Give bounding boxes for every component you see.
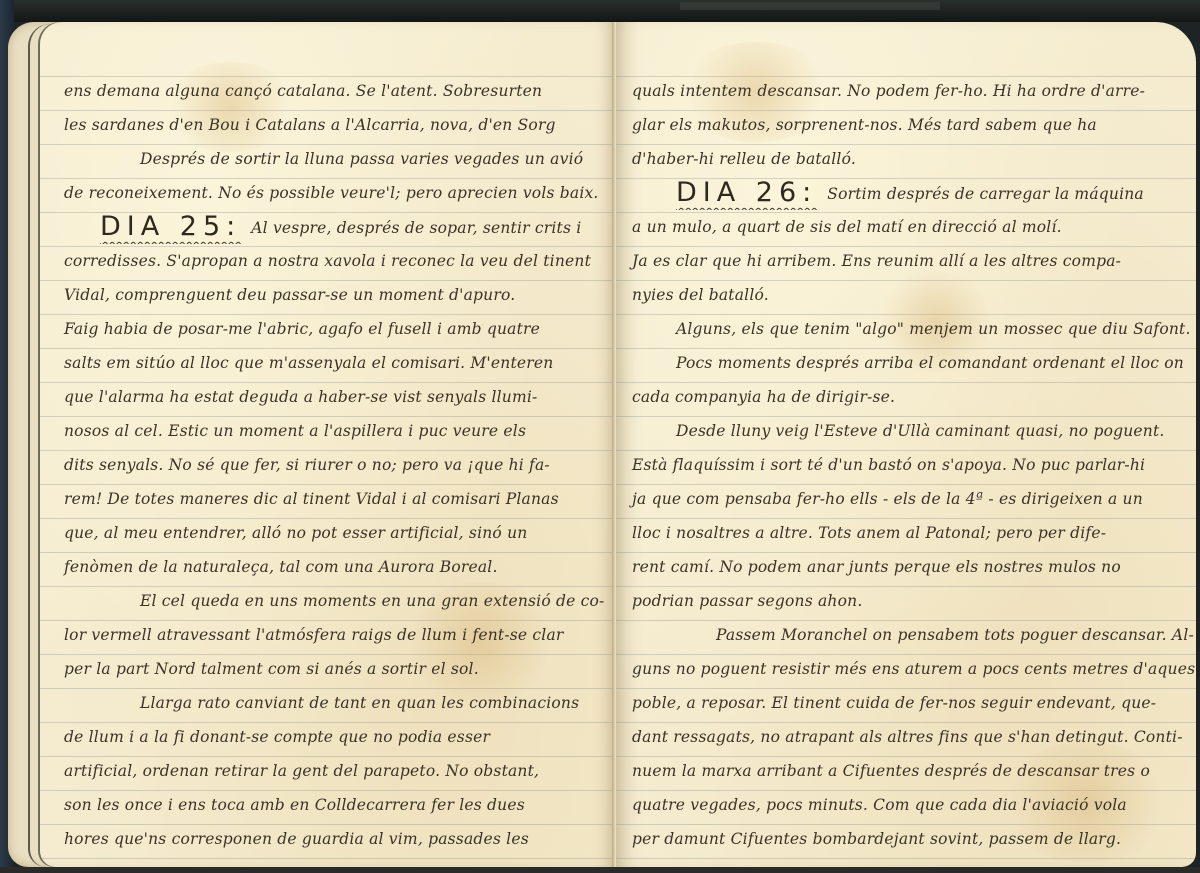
right-page: quals intentem descansar. No podem fer-h… (616, 22, 1196, 867)
diary-line: dits senyals. No sé que fer, si riurer o… (40, 448, 616, 482)
diary-line: rent camí. No podem anar junts perque el… (616, 550, 1196, 584)
diary-line: ens demana alguna cançó catalana. Se l'a… (40, 74, 616, 108)
line-text: nuem la marxa arribant a Cifuentes despr… (632, 762, 1150, 780)
line-text: quatre vegades, pocs minuts. Com que cad… (632, 796, 1127, 814)
diary-line: dant ressagats, no atrapant als altres f… (616, 720, 1196, 754)
photo-backdrop-bottom (0, 867, 1200, 873)
line-text: de reconeixement. No és possible veure'l… (64, 184, 599, 202)
diary-line: salts em sitúo al lloc que m'assenyala e… (40, 346, 616, 380)
diary-line: hores que'ns corresponen de guardia al v… (40, 822, 616, 856)
line-text: a un mulo, a quart de sis del matí en di… (632, 218, 1062, 236)
diary-line: guns no poguent resistir més ens aturem … (616, 652, 1196, 686)
line-text: artificial, ordenan retirar la gent del … (64, 762, 539, 780)
diary-line: fenòmen de la naturaleça, tal com una Au… (40, 550, 616, 584)
line-text: Desde lluny veig l'Esteve d'Ullà caminan… (676, 422, 1165, 440)
line-text: dits senyals. No sé que fer, si riurer o… (64, 456, 550, 474)
line-text: Pocs moments després arriba el comandant… (676, 354, 1184, 372)
day-heading: DIA 25: (100, 211, 241, 242)
line-text: per la part Nord talment com si anés a s… (64, 660, 479, 678)
diary-line: artificial, ordenan retirar la gent del … (40, 754, 616, 788)
line-text: rent camí. No podem anar junts perque el… (632, 558, 1121, 576)
diary-line: a un mulo, a quart de sis del matí en di… (616, 210, 1196, 244)
diary-line: de llum i a la fi donant-se compte que n… (40, 720, 616, 754)
diary-line: que, al meu entendrer, alló no pot esser… (40, 516, 616, 550)
line-text: salts em sitúo al lloc que m'assenyala e… (64, 354, 553, 372)
line-text: ens demana alguna cançó catalana. Se l'a… (64, 82, 542, 100)
line-text: les sardanes d'en Bou i Catalans a l'Alc… (64, 116, 556, 134)
line-text: cada companyia ha de dirigir-se. (632, 388, 895, 406)
line-text: guns no poguent resistir més ens aturem … (632, 660, 1196, 678)
line-text: dant ressagats, no atrapant als altres f… (632, 728, 1183, 746)
line-text: fenòmen de la naturaleça, tal com una Au… (64, 558, 498, 576)
line-text: d'haber-hi relleu de batalló. (632, 150, 856, 168)
diary-line: corredisses. S'apropan a nostra xavola i… (40, 244, 616, 278)
diary-line: Ja es clar que hi arribem. Ens reunim al… (616, 244, 1196, 278)
diary-line: nosos al cel. Estic un moment a l'aspill… (40, 414, 616, 448)
diary-line: nuem la marxa arribant a Cifuentes despr… (616, 754, 1196, 788)
diary-line: per damunt Cifuentes bombardejant sovint… (616, 822, 1196, 856)
diary-line: lor vermell atravessant l'atmósfera raig… (40, 618, 616, 652)
line-text: Està flaquíssim i sort té d'un bastó on … (632, 456, 1145, 474)
diary-line: quatre vegades, pocs minuts. Com que cad… (616, 788, 1196, 822)
line-text: hores que'ns corresponen de guardia al v… (64, 830, 529, 848)
line-text: lor vermell atravessant l'atmósfera raig… (64, 626, 564, 644)
diary-line: les sardanes d'en Bou i Catalans a l'Alc… (40, 108, 616, 142)
diary-line: cada companyia ha de dirigir-se. (616, 380, 1196, 414)
line-text: podrian passar segons ahon. (632, 592, 862, 610)
line-text: ja que com pensaba fer-ho ells - els de … (632, 490, 1143, 508)
diary-line: Després de sortir la lluna passa varies … (40, 142, 616, 176)
diary-line: d'haber-hi relleu de batalló. (616, 142, 1196, 176)
diary-line: Alguns, els que tenim "algo" menjem un m… (616, 312, 1196, 346)
right-page-text: quals intentem descansar. No podem fer-h… (616, 74, 1196, 856)
diary-line: quals intentem descansar. No podem fer-h… (616, 74, 1196, 108)
diary-line: lloc i nosaltres a altre. Tots anem al P… (616, 516, 1196, 550)
diary-line: podrian passar segons ahon. (616, 584, 1196, 618)
line-text: quals intentem descansar. No podem fer-h… (632, 82, 1145, 100)
photo-backdrop-top (0, 0, 1200, 22)
line-text: glar els makutos, sorprenent-nos. Més ta… (632, 116, 1097, 134)
binding-label-strip (680, 2, 940, 10)
day-entry-line: DIA 25:Al vespre, després de sopar, sent… (40, 210, 616, 244)
left-page: ens demana alguna cançó catalana. Se l'a… (40, 22, 616, 867)
line-text: nyies del batalló. (632, 286, 769, 304)
diary-line: poble, a reposar. El tinent cuida de fer… (616, 686, 1196, 720)
line-text: de llum i a la fi donant-se compte que n… (64, 728, 490, 746)
diary-line: Passem Moranchel on pensabem tots poguer… (616, 618, 1196, 652)
line-text: lloc i nosaltres a altre. Tots anem al P… (632, 524, 1106, 542)
diary-line: Faig habia de posar-me l'abric, agafo el… (40, 312, 616, 346)
diary-line: rem! De totes maneres dic al tinent Vida… (40, 482, 616, 516)
line-text: El cel queda en uns moments en una gran … (140, 592, 604, 610)
diary-line: de reconeixement. No és possible veure'l… (40, 176, 616, 210)
line-text: Després de sortir la lluna passa varies … (140, 150, 583, 168)
line-text: corredisses. S'apropan a nostra xavola i… (64, 252, 591, 270)
day-entry-line: DIA 26:Sortim després de carregar la máq… (616, 176, 1196, 210)
diary-line: Llarga rato canviant de tant en quan les… (40, 686, 616, 720)
diary-line: que l'alarma ha estat deguda a haber-se … (40, 380, 616, 414)
diary-line: son les once i ens toca amb en Colldecar… (40, 788, 616, 822)
left-page-text: ens demana alguna cançó catalana. Se l'a… (40, 74, 616, 856)
diary-line: nyies del batalló. (616, 278, 1196, 312)
diary-line: Desde lluny veig l'Esteve d'Ullà caminan… (616, 414, 1196, 448)
diary-line: per la part Nord talment com si anés a s… (40, 652, 616, 686)
diary-line: Està flaquíssim i sort té d'un bastó on … (616, 448, 1196, 482)
line-text: nosos al cel. Estic un moment a l'aspill… (64, 422, 526, 440)
line-text: que, al meu entendrer, alló no pot esser… (64, 524, 527, 542)
line-text: Sortim després de carregar la máquina (827, 185, 1144, 203)
line-text: Vidal, comprenguent deu passar-se un mom… (64, 286, 515, 304)
diary-line: Vidal, comprenguent deu passar-se un mom… (40, 278, 616, 312)
line-text: Faig habia de posar-me l'abric, agafo el… (64, 320, 540, 338)
day-heading: DIA 26: (676, 177, 817, 208)
line-text: rem! De totes maneres dic al tinent Vida… (64, 490, 559, 508)
diary-line: glar els makutos, sorprenent-nos. Més ta… (616, 108, 1196, 142)
diary-line: Pocs moments després arriba el comandant… (616, 346, 1196, 380)
line-text: Al vespre, després de sopar, sentir crit… (251, 219, 581, 237)
diary-line: El cel queda en uns moments en una gran … (40, 584, 616, 618)
diary-line: ja que com pensaba fer-ho ells - els de … (616, 482, 1196, 516)
line-text: per damunt Cifuentes bombardejant sovint… (632, 830, 1121, 848)
line-text: Ja es clar que hi arribem. Ens reunim al… (632, 252, 1121, 270)
line-text: son les once i ens toca amb en Colldecar… (64, 796, 525, 814)
line-text: Llarga rato canviant de tant en quan les… (140, 694, 579, 712)
line-text: Passem Moranchel on pensabem tots poguer… (716, 626, 1194, 644)
line-text: poble, a reposar. El tinent cuida de fer… (632, 694, 1156, 712)
line-text: que l'alarma ha estat deguda a haber-se … (64, 388, 537, 406)
line-text: Alguns, els que tenim "algo" menjem un m… (676, 320, 1191, 338)
